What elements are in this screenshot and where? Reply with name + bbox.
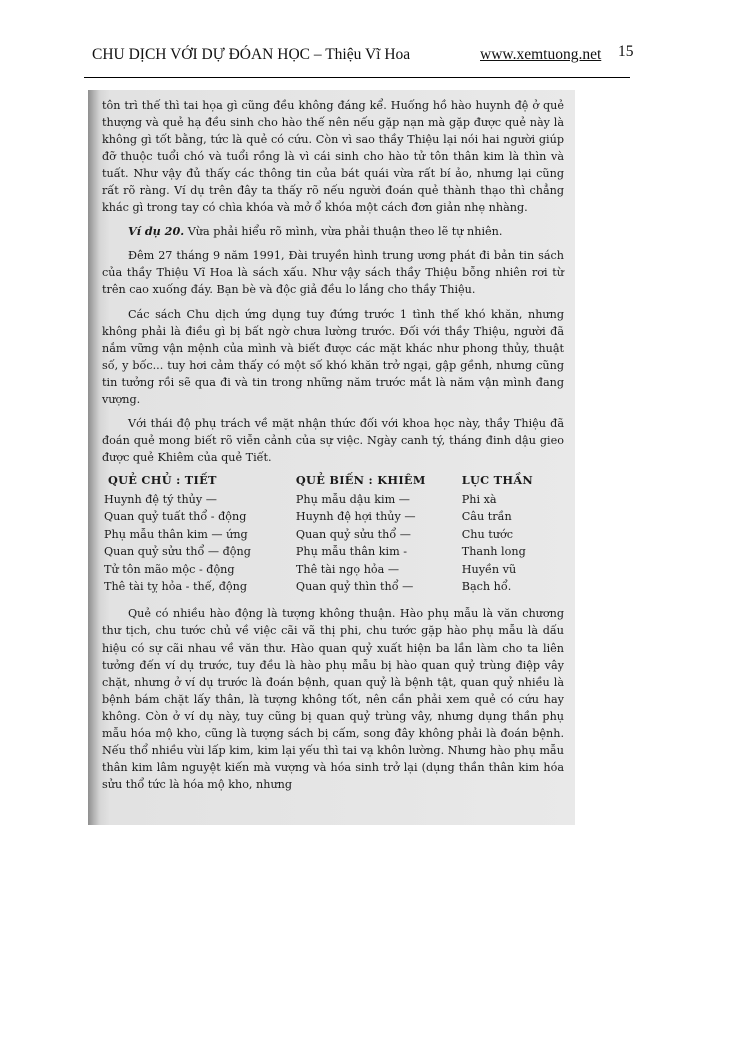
table-cell: Quan quỷ thìn thổ —	[296, 578, 462, 595]
table-cell: Bạch hổ.	[462, 578, 564, 595]
website-link[interactable]: www.xemtuong.net	[480, 46, 601, 64]
column-header: QUẺ CHỦ : TIẾT	[102, 472, 296, 491]
column-header: QUẺ BIẾN : KHIÊM	[296, 472, 462, 491]
example-label: Ví dụ 20.	[128, 224, 184, 238]
table-cell: Thê tài tỵ hỏa - thế, động	[102, 578, 296, 595]
paragraph-3: Các sách Chu dịch ứng dụng tuy đứng trướ…	[102, 306, 564, 408]
page-header: CHU DỊCH VỚI DỰ ĐÓAN HỌC – Thiệu Vĩ Hoa …	[88, 40, 633, 74]
table-row: Quan quỷ sửu thổ — động Phụ mẫu thân kim…	[102, 543, 564, 560]
table-row: Tử tôn mão mộc - động Thê tài ngọ hỏa — …	[102, 561, 564, 578]
table-cell: Phụ mẫu dậu kim —	[296, 491, 462, 508]
table-cell: Phụ mẫu thân kim — ứng	[102, 526, 296, 543]
hexagram-table: QUẺ CHỦ : TIẾT QUẺ BIẾN : KHIÊM LỤC THẦN…	[102, 472, 564, 595]
book-title: CHU DỊCH VỚI DỰ ĐÓAN HỌC – Thiệu Vĩ Hoa	[92, 46, 410, 64]
table-cell: Thanh long	[462, 543, 564, 560]
paragraph-4: Với thái độ phụ trách về mặt nhận thức đ…	[102, 415, 564, 466]
table-cell: Huynh đệ tý thủy —	[102, 491, 296, 508]
paragraph-5: Quẻ có nhiều hào động là tượng không thu…	[102, 605, 564, 793]
example-text: Vừa phải hiểu rõ mình, vừa phải thuận th…	[184, 225, 502, 238]
table-row: Quan quỷ tuất thổ - động Huynh đệ hợi th…	[102, 508, 564, 525]
table-cell: Câu trần	[462, 508, 564, 525]
table-row: Phụ mẫu thân kim — ứng Quan quỷ sửu thổ …	[102, 526, 564, 543]
example-heading: Ví dụ 20. Vừa phải hiểu rõ mình, vừa phả…	[102, 223, 564, 240]
column-header: LỤC THẦN	[462, 472, 564, 491]
paragraph-1: tôn trì thế thì tai họa gì cũng đều khôn…	[102, 97, 564, 216]
table-header-row: QUẺ CHỦ : TIẾT QUẺ BIẾN : KHIÊM LỤC THẦN	[102, 472, 564, 491]
table-cell: Quan quỷ tuất thổ - động	[102, 508, 296, 525]
table-row: Huynh đệ tý thủy — Phụ mẫu dậu kim — Phi…	[102, 491, 564, 508]
table-cell: Phụ mẫu thân kim -	[296, 543, 462, 560]
table-cell: Huyền vũ	[462, 561, 564, 578]
table-cell: Chu tước	[462, 526, 564, 543]
scanned-page-image: tôn trì thế thì tai họa gì cũng đều khôn…	[88, 90, 575, 825]
header-divider	[84, 77, 630, 78]
table-cell: Quan quỷ sửu thổ —	[296, 526, 462, 543]
table-cell: Quan quỷ sửu thổ — động	[102, 543, 296, 560]
paragraph-2: Đêm 27 tháng 9 năm 1991, Đài truyền hình…	[102, 247, 564, 298]
page-number: 15	[618, 43, 634, 61]
table-cell: Tử tôn mão mộc - động	[102, 561, 296, 578]
table-row: Thê tài tỵ hỏa - thế, động Quan quỷ thìn…	[102, 578, 564, 595]
table-cell: Huynh đệ hợi thủy —	[296, 508, 462, 525]
table-cell: Thê tài ngọ hỏa —	[296, 561, 462, 578]
scanned-text: tôn trì thế thì tai họa gì cũng đều khôn…	[102, 97, 564, 793]
table-cell: Phi xà	[462, 491, 564, 508]
